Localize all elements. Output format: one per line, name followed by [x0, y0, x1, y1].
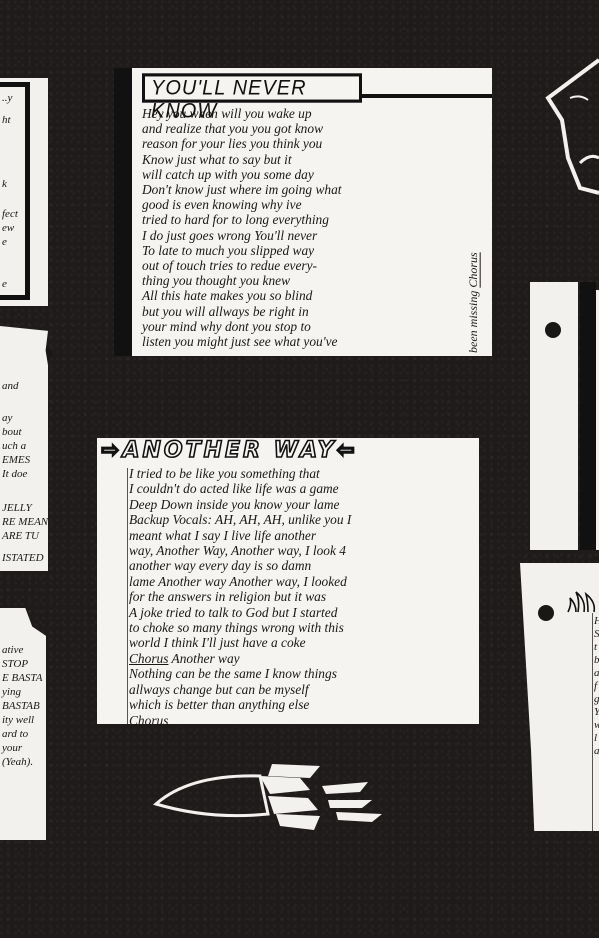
fragment-char: b: [594, 654, 599, 667]
lyric-line: Don't know just where im going what: [142, 182, 462, 197]
lyric-line: allways change but can be myself: [129, 682, 469, 697]
lyric-line: listen you might just see what you've: [142, 334, 462, 349]
fragment-text: bout: [2, 426, 22, 439]
fragment-char: w: [594, 719, 599, 732]
fragment-text: E BASTA: [2, 672, 42, 685]
lyric-line: Chorus Another way: [129, 651, 469, 666]
paper-fragment-left-middle: and ay bout uch a EMES It doe JELLY RE M…: [0, 326, 48, 571]
fragment-text: ying: [2, 686, 21, 699]
fragment-text: STOP: [2, 658, 28, 671]
fragment-text: ity well: [2, 714, 34, 727]
punch-hole: [538, 605, 554, 621]
lyric-line: I tried to be like you something that: [129, 466, 469, 481]
lyrics-body: I tried to be like you something that I …: [129, 466, 469, 728]
lyric-line: All this hate makes you so blind: [142, 288, 462, 303]
lyric-line: I couldn't do acted like life was a game: [129, 481, 469, 496]
lyric-line: another way every day is so damn: [129, 558, 469, 573]
fragment-text: BASTAB: [2, 700, 40, 713]
lyric-line: A joke tried to talk to God but I starte…: [129, 605, 469, 620]
fragment-char: Y: [594, 706, 599, 719]
lyric-line: lame Another way Another way, I looked: [129, 574, 469, 589]
title-underline: [362, 94, 492, 98]
fragment-text: ISTATED: [2, 552, 44, 565]
black-bar: [580, 282, 596, 550]
arrow-left-icon: ⇦: [337, 438, 358, 463]
lyric-line: reason for your lies you think you: [142, 136, 462, 151]
chorus-label: Chorus: [129, 651, 168, 666]
note-title: YOU'LL NEVER KNOW: [142, 73, 362, 102]
lyric-line: your mind why dont you stop to: [142, 319, 462, 334]
lyric-line: good is even knowing why ive: [142, 197, 462, 212]
fragment-text: It doe: [2, 468, 27, 481]
lyrics-note-youll-never-know: YOU'LL NEVER KNOW Hey you when will you …: [114, 68, 492, 356]
fragment-text: ..y: [2, 92, 12, 105]
hand-drawing-icon: [540, 58, 599, 198]
fragment-text: (Yeah).: [2, 756, 33, 769]
fragment-char: S: [594, 628, 599, 641]
side-note-text: been missing: [466, 291, 480, 353]
fragment-text: RE MEAN: [2, 516, 48, 529]
fragment-char: a: [594, 667, 599, 680]
fragment-text: uch a: [2, 440, 26, 453]
fragment-text: EMES: [2, 454, 30, 467]
note-title-text: ANOTHER WAY: [122, 438, 336, 463]
fragment-char: l: [594, 732, 599, 745]
fire-swirl-icon: [566, 590, 599, 616]
side-note: been missing Chorus: [466, 143, 482, 353]
lyric-line: I do just goes wrong You'll never: [142, 228, 462, 243]
lyric-line: for the answers in religion but it was: [129, 589, 469, 604]
margin-rule: [127, 468, 128, 724]
lyric-line: way, Another Way, Another way, I look 4: [129, 543, 469, 558]
fragment-text: and: [2, 380, 19, 393]
chorus-text: Another way: [168, 651, 239, 666]
lyrics-note-another-way: ⇨ANOTHER WAY⇦ I tried to be like you som…: [97, 438, 479, 724]
margin-rule: [592, 613, 593, 831]
lyric-line: which is better than anything else: [129, 697, 469, 712]
lyric-line: Chorus: [129, 713, 469, 728]
fragment-text: ew: [2, 222, 14, 235]
lyric-line: to choke so many things wrong with this: [129, 620, 469, 635]
paper-fragment-left-bottom: ative STOP E BASTA ying BASTAB ity well …: [0, 608, 46, 840]
fragment-text: ard to: [2, 728, 28, 741]
lyric-line: To late to much you slipped way: [142, 243, 462, 258]
note-title: ⇨ANOTHER WAY⇦: [101, 438, 473, 464]
fragment-text: fect: [2, 208, 18, 221]
fragment-text: k: [2, 178, 7, 191]
lyric-line: meant what I say I live life another: [129, 528, 469, 543]
lyric-line: but you will allways be right in: [142, 304, 462, 319]
fragment-text: ative: [2, 644, 23, 657]
fragment-text: e: [2, 236, 7, 249]
lyric-line: and realize that you you got know: [142, 121, 462, 136]
fragment-text: ht: [2, 114, 11, 127]
lyric-line: Hey you when will you wake up: [142, 106, 462, 121]
fragment-char: H: [594, 615, 599, 628]
lyric-line: tried to hard for to long everything: [142, 212, 462, 227]
fragment-char: g: [594, 693, 599, 706]
lyric-line: thing you thought you knew: [142, 273, 462, 288]
fragment-text: your: [2, 742, 22, 755]
fragment-text: e: [2, 278, 7, 291]
paper-fragment-left-top: ..y ht k fect ew e e: [0, 78, 48, 306]
side-note-chorus: Chorus: [466, 252, 480, 287]
paper-fragment-right-middle: [528, 282, 599, 550]
fragment-text: H S t b a f g Y w l a: [594, 615, 599, 758]
fragment-char: t: [594, 641, 599, 654]
arrow-right-icon: ⇨: [101, 438, 122, 463]
lyric-line: Backup Vocals: AH, AH, AH, unlike you I: [129, 512, 469, 527]
lyric-line: world I think I'll just have a coke: [129, 635, 469, 650]
fragment-char: f: [594, 680, 599, 693]
lyric-line: Know just what to say but it: [142, 152, 462, 167]
fragment-text: JELLY: [2, 502, 32, 515]
punch-hole: [545, 322, 561, 338]
fragment-text: ARE TU: [2, 530, 39, 543]
lyric-line: will catch up with you some day: [142, 167, 462, 182]
lyric-line: Nothing can be the same I know things: [129, 666, 469, 681]
lyric-line: Deep Down inside you know your lame: [129, 497, 469, 512]
fragment-text: ay: [2, 412, 12, 425]
fragment-char: a: [594, 745, 599, 758]
lyric-line: out of touch tries to redue every-: [142, 258, 462, 273]
lyrics-body: Hey you when will you wake up and realiz…: [142, 106, 462, 349]
rocket-drawing-icon: [150, 760, 390, 835]
